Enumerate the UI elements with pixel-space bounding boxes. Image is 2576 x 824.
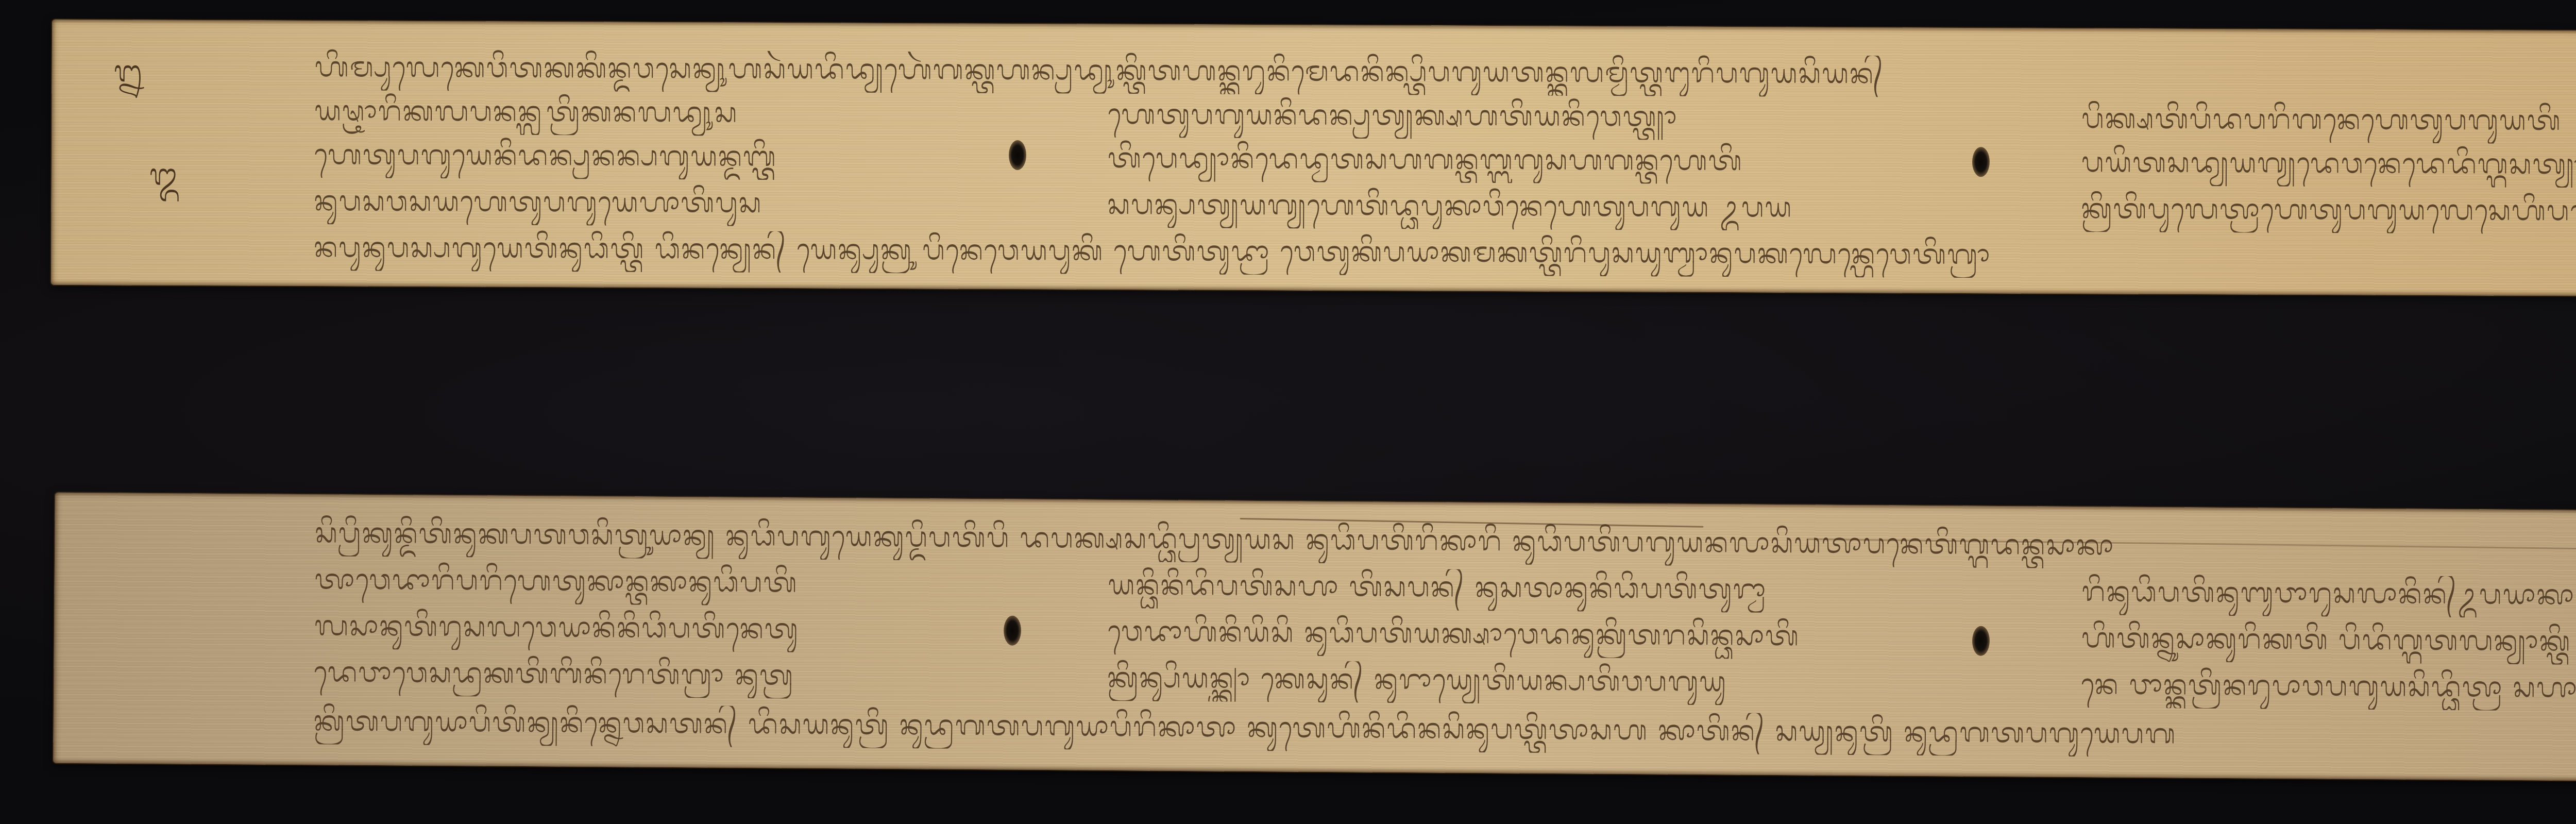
page-letter-mark: ᭓ [149, 159, 179, 190]
text-line-2-right: ᬧᬶᬓ᭄ᬱᬢᬶᬧᬶᬤᬧᬭᬶᬕᬦᬾᬳᬾᬢᬸᬧᬕᬸᬬᬢᬶ [2081, 100, 2576, 144]
text-line-5: ᬓ᭄ᬭᬶᬢᬧᬕᬸᬬᬵᬧᬶᬢᬶᬦ᭄ᬬᬦᬶᬦ᭄ᬦᬾᬯᬲᬢᬦ᭄ ᬤᬶᬲᬬᬦᬸᬢ᭄ᬭᬶ … [314, 703, 2576, 761]
text-line-1: ᬳᬶᬫ᭄ᬧᬸᬮᬾᬓᬾᬯᬶᬢᬓᬓᬶᬦ᭄ᬤᬯᬲᬾᬦ᭄ᬬᬸᬳᬲᬃᬬᬤᬶᬤ᭄ᬬᬳᬾᬃᬕᬓ… [315, 49, 2576, 100]
text-line-2-middle: ᬬᬦ᭄ᬥᬶᬦᬶᬤᬶᬧᬢᬶᬲᬳᬵ ᬢᬶᬲᬧᬦ᭄ ᬦᬸᬲᬢᬵᬦᬸᬦᬶᬥᬶᬧᬢᬶᬢᬸᬭ… [1108, 567, 1871, 613]
text-line-2-middle: ᬳᬾᬢᬸᬧᬕᬸᬬᬦᬶᬤᬦ᭄ᬧ᭄ᬭᬢ᭄ᬬᬓ᭄ᬱᬳᬢᬶᬬᬦᬶᬯᬾᬢ᭄ᬢ᭄ᬬᬵ [1108, 96, 1870, 141]
text-line-2-left: ᬬᬱ᭄ᬝᬵᬭᬶᬓᬮᬧᬦᬦ᭄ᬮᬢ᭄ᬭᬶᬓᬦᬮᬤ᭄ᬬᬸᬲ [314, 93, 933, 137]
text-line-4-middle: ᬓ᭄ᬭᬶᬦ᭄ᬲᬶᬬᬦ᭄ᬓ᭄ᬭᬵ ᬓᬾᬲᬸᬦ᭄ ᬦᬸᬭᬵᬬ᭄ᬬᬾᬢᬶᬬᬦ᭄ᬧᬢᬶᬯ… [1107, 660, 1870, 706]
text-line-4-left: ᬦᬸᬧᬲᬯᬲᬬᬳᬾᬢᬸᬧᬕᬸᬬᬾᬳᬵᬢᬶᬧᬸᬲ [314, 183, 932, 227]
text-line-4-right: ᬓ᭄ᬭᬶᬢᬶᬧᬸᬮᬾᬢ᭄ᬭᬵᬳᬾᬢᬸᬧᬕᬸᬬᬮᬾᬲᬾᬳᬶᬧᬓ᭄ᬱᬾ [2081, 191, 2576, 234]
text-line-4-right: ᬦᬾ ᬯᬵᬦ᭄ᬓᬸᬢ᭄ᬭᬶᬦᬭᬸᬧᬵᬯᬧᬕᬸᬬᬲᬶᬤ᭄ᬥᬶᬢ᭄ᬭᬵ ᬲᬳᬵ [2081, 666, 2576, 712]
string-hole-left [1009, 140, 1026, 170]
string-hole-right [1972, 147, 1990, 177]
text-line-3-middle: ᬢᬶᬧᬾᬤ᭄ᬬᬵᬦᬶᬤᬾᬤ᭄ᬯᬢᬲᬳᬕᬦ᭄ᬢᬸᬩ᭄ᬩᬕᬸᬲᬳᬕᬦ᭄ᬢᬳᬾᬢᬶ [1108, 140, 1870, 184]
palm-leaf-bottom: ᬲᬶᬧ᭄ᬭᬶᬓᬸᬦ᭄ᬤᬶᬢᬶᬦᬸᬓᬧᬢᬯᬲᬶᬢ᭄ᬭᬸᬬᬵᬦ᭄ᬬ ᬦᬸᬥᬶᬧᬕᬸᬬ… [53, 493, 2576, 783]
text-line-3-left: ᬮᬲᬵᬦᬸᬢᬶᬭᬸᬲᬮᬯᬾᬬᬵᬦᬶᬦᬶᬥᬶᬧᬢᬶᬦᬾᬢᬸ [314, 608, 933, 653]
text-line-3-left: ᬳᬾᬢᬸᬧᬕᬸᬬᬾᬦᬶᬤᬦ᭄ᬧ᭄ᬭᬦᬦ᭄ᬧᬕᬸᬬᬦ᭄ᬤᬸᬩ᭄ᬢ᭄ᬢᬶ [314, 137, 933, 180]
string-hole-left [1004, 616, 1021, 646]
string-hole-right [1972, 626, 1990, 656]
palm-leaf-top: ᭒ ᭓ ᬳᬶᬫ᭄ᬧᬸᬮᬾᬓᬾᬯᬶᬢᬓᬓᬶᬦ᭄ᬤᬯᬲᬾᬦ᭄ᬬᬸᬳᬲᬃᬬᬤᬶᬤ᭄ᬬᬳ… [51, 20, 2576, 297]
text-line-3-right: ᬧᬬᬶᬢᬲᬤ᭄ᬬᬬᬕ᭄ᬬᬤᬾᬯᬦᬾᬤᬾᬤᬶᬕ᭄ᬕᬲᬢ᭄ᬬᬵ [2081, 144, 2576, 188]
text-line-4-left: ᬤᬾᬯᬵᬯᬾᬲᬤ᭄ᬭᬓᬢᬶᬩᬶᬦᬶᬭᬾᬢᬶᬕ᭄ᬭᬵ ᬦᬸᬢ᭄ᬭ [314, 654, 933, 699]
leaf-number-mark: ᭒ [114, 56, 142, 87]
text-line-3-middle: ᬯᬾᬤᬵᬳᬶᬦᬶᬬᬶᬲᬶ ᬦᬸᬥᬶᬧᬢᬶᬬᬓ᭄ᬱᬵᬯᬾᬤᬦᬸᬓ᭄ᬭᬶᬢᬭᬲᬶᬦ᭄… [1108, 613, 1871, 660]
text-line-2-left: ᬢᬵᬯᬾᬤᬵᬭᬶᬧᬭᬶᬳᬾᬢᬸᬓᬵᬦ᭄ᬢᬓᬵᬦᬸᬥᬶᬧᬢᬶ [314, 561, 933, 607]
text-line-3-right: ᬳᬶᬢᬶᬦ᭄ᬦᬸᬲᬵᬓᬸᬭᬶᬓᬢᬶ ᬧᬶᬤᬶᬕ᭄ᬕᬢᬮᬦ᭄ᬬᬵᬓ᭄ᬢᬶ [2081, 620, 2576, 665]
text-line-4-middle: ᬲᬧᬦ᭄ᬲᬢ᭄ᬬᬬᬕ᭄ᬬᬳᬾᬢᬶᬤ᭄ᬥᬧᬸᬓᬵᬯᬶᬦᬾᬳᬾᬢᬸᬧᬕᬸᬬ ᬉᬧᬬ [1107, 187, 1870, 231]
text-line-2-right: ᬭᬶᬦᬸᬥᬶᬧᬢᬶᬦᬸᬩᬸᬯᬵᬭᬸᬲᬮᬵᬦᬶᬦ᭄ᬉᬧᬬᬵᬓᬵ [2081, 574, 2576, 619]
text-line-5: ᬦᬧᬸᬦᬸᬧᬲ᭄ᬧᬕᬸᬬᬾᬢᬶᬦᬸᬥᬶᬢ᭄ᬢᬶ ᬥᬶᬦᬦ᭄ᬬᬾᬦ᭄ ᬬᬾᬦ᭄ᬲᬸ… [314, 229, 2576, 281]
